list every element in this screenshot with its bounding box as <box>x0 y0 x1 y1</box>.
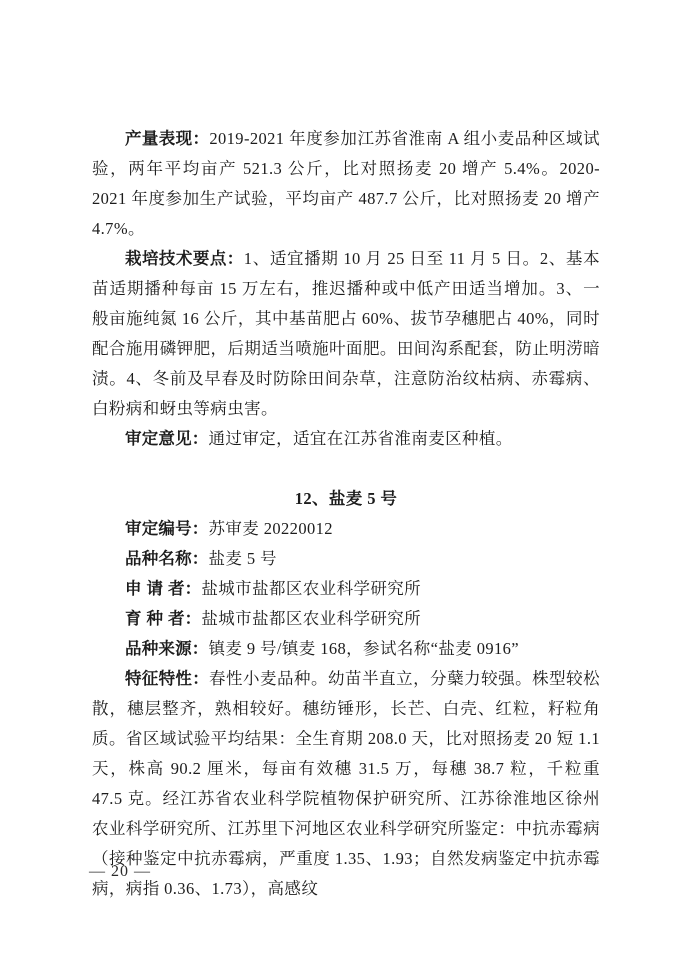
label-cultivation-points: 栽培技术要点： <box>125 250 244 268</box>
label-variety-name: 品种名称： <box>125 550 209 568</box>
label-breeder: 育 种 者： <box>125 610 201 628</box>
text-cultivation-points: 1、适宜播期 10 月 25 日至 11 月 5 日。2、基本苗适期播种每亩 1… <box>92 249 600 418</box>
page-number: — 20 — <box>89 858 151 886</box>
text-characteristics: 春性小麦品种。幼苗半直立，分蘖力较强。株型较松散，穗层整齐，熟相较好。穗纺锤形，… <box>92 669 600 898</box>
value-breeder: 盐城市盐都区农业科学研究所 <box>201 609 421 628</box>
value-applicant: 盐城市盐都区农业科学研究所 <box>201 579 421 598</box>
label-applicant: 申 请 者： <box>125 580 201 598</box>
paragraph-cultivation-points: 栽培技术要点：1、适宜播期 10 月 25 日至 11 月 5 日。2、基本苗适… <box>92 244 600 424</box>
field-variety-source: 品种来源：镇麦 9 号/镇麦 168，参试名称“盐麦 0916” <box>92 634 600 664</box>
page-body: 产量表现：2019-2021 年度参加江苏省淮南 A 组小麦品种区域试验，两年平… <box>92 124 600 904</box>
section-heading-variety: 12、盐麦 5 号 <box>92 484 600 514</box>
field-breeder: 育 种 者：盐城市盐都区农业科学研究所 <box>92 604 600 634</box>
label-characteristics: 特征特性： <box>125 670 209 688</box>
paragraph-yield-performance: 产量表现：2019-2021 年度参加江苏省淮南 A 组小麦品种区域试验，两年平… <box>92 124 600 244</box>
value-variety-name: 盐麦 5 号 <box>209 549 277 568</box>
text-approval-opinion: 通过审定，适宜在江苏省淮南麦区种植。 <box>209 429 513 448</box>
value-approval-number: 苏审麦 20220012 <box>209 519 333 538</box>
field-approval-number: 审定编号：苏审麦 20220012 <box>92 514 600 544</box>
paragraph-approval-opinion: 审定意见：通过审定，适宜在江苏省淮南麦区种植。 <box>92 424 600 454</box>
label-yield-performance: 产量表现： <box>125 130 209 148</box>
label-approval-number: 审定编号： <box>125 520 209 538</box>
label-approval-opinion: 审定意见： <box>125 430 209 448</box>
field-variety-name: 品种名称：盐麦 5 号 <box>92 544 600 574</box>
paragraph-characteristics: 特征特性：春性小麦品种。幼苗半直立，分蘖力较强。株型较松散，穗层整齐，熟相较好。… <box>92 664 600 904</box>
document-page: 产量表现：2019-2021 年度参加江苏省淮南 A 组小麦品种区域试验，两年平… <box>0 0 690 975</box>
field-applicant: 申 请 者：盐城市盐都区农业科学研究所 <box>92 574 600 604</box>
value-variety-source: 镇麦 9 号/镇麦 168，参试名称“盐麦 0916” <box>209 639 520 658</box>
label-variety-source: 品种来源： <box>125 640 209 658</box>
